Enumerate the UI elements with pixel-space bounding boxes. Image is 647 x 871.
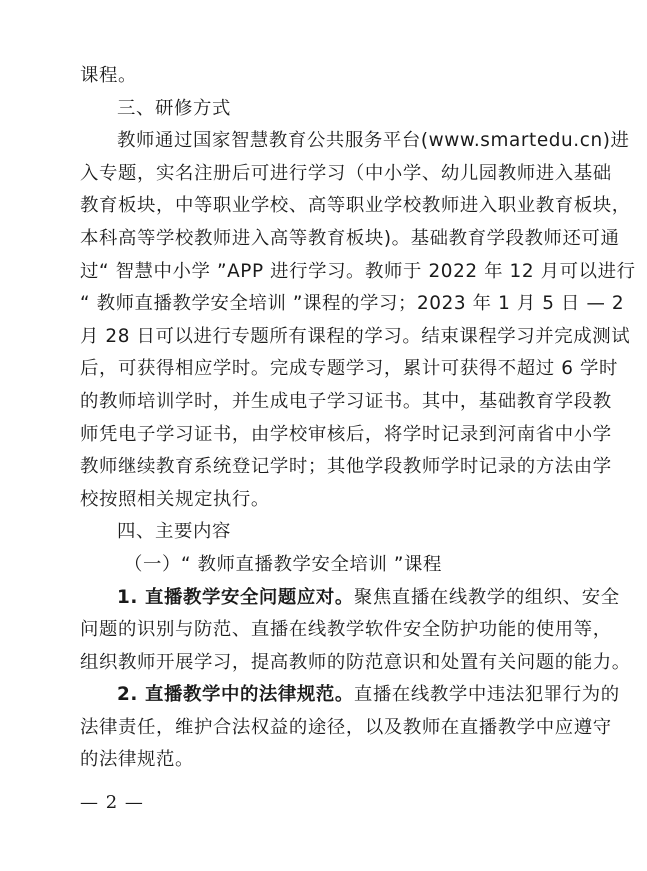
paragraph-line: 教育板块，中等职业学校、高等职业学校教师进入职业教育板块，	[80, 190, 580, 223]
paragraph-line: 教师继续教育系统登记学时；其他学段教师学时记录的方法由学	[80, 451, 580, 484]
paragraph-line: “ 教师直播教学安全培训 ”课程的学习；2023 年 1 月 5 日 — 2	[80, 288, 580, 321]
section-heading-4: 四、主要内容	[80, 516, 580, 549]
document-page: 课程。 三、研修方式 教师通过国家智慧教育公共服务平台(www.smartedu…	[80, 60, 580, 777]
paragraph-line: 月 28 日可以进行专题所有课程的学习。结束课程学习并完成测试	[80, 321, 580, 354]
paragraph-line: 课程。	[80, 60, 580, 93]
paragraph-line: 师凭电子学习证书，由学校审核后，将学时记录到河南省中小学	[80, 419, 580, 452]
paragraph-line: 1. 直播教学安全问题应对。聚焦直播在线教学的组织、安全	[80, 582, 580, 615]
paragraph-line: 问题的识别与防范、直播在线教学软件安全防护功能的使用等，	[80, 614, 580, 647]
item-title-2: 2. 直播教学中的法律规范。	[117, 684, 354, 705]
paragraph-line: 后，可获得相应学时。完成专题学习，累计可获得不超过 6 学时	[80, 353, 580, 386]
paragraph-line: 的法律规范。	[80, 744, 580, 777]
page-number: — 2 —	[80, 792, 144, 813]
item-text: 聚焦直播在线教学的组织、安全	[354, 587, 620, 608]
paragraph-line: 教师通过国家智慧教育公共服务平台(www.smartedu.cn)进	[80, 125, 580, 158]
subsection-heading: （一）“ 教师直播教学安全培训 ”课程	[80, 549, 580, 582]
paragraph-line: 2. 直播教学中的法律规范。直播在线教学中违法犯罪行为的	[80, 679, 580, 712]
paragraph-line: 的教师培训学时，并生成电子学习证书。其中，基础教育学段教	[80, 386, 580, 419]
paragraph-line: 本科高等学校教师进入高等教育板块)。基础教育学段教师还可通	[80, 223, 580, 256]
item-title-1: 1. 直播教学安全问题应对。	[117, 587, 354, 608]
paragraph-line: 校按照相关规定执行。	[80, 484, 580, 517]
item-text: 直播在线教学中违法犯罪行为的	[354, 684, 620, 705]
paragraph-line: 入专题，实名注册后可进行学习（中小学、幼儿园教师进入基础	[80, 158, 580, 191]
paragraph-line: 过“ 智慧中小学 ”APP 进行学习。教师于 2022 年 12 月可以进行	[80, 256, 580, 289]
section-heading-3: 三、研修方式	[80, 93, 580, 126]
paragraph-line: 法律责任，维护合法权益的途径，以及教师在直播教学中应遵守	[80, 712, 580, 745]
paragraph-line: 组织教师开展学习，提高教师的防范意识和处置有关问题的能力。	[80, 647, 580, 680]
